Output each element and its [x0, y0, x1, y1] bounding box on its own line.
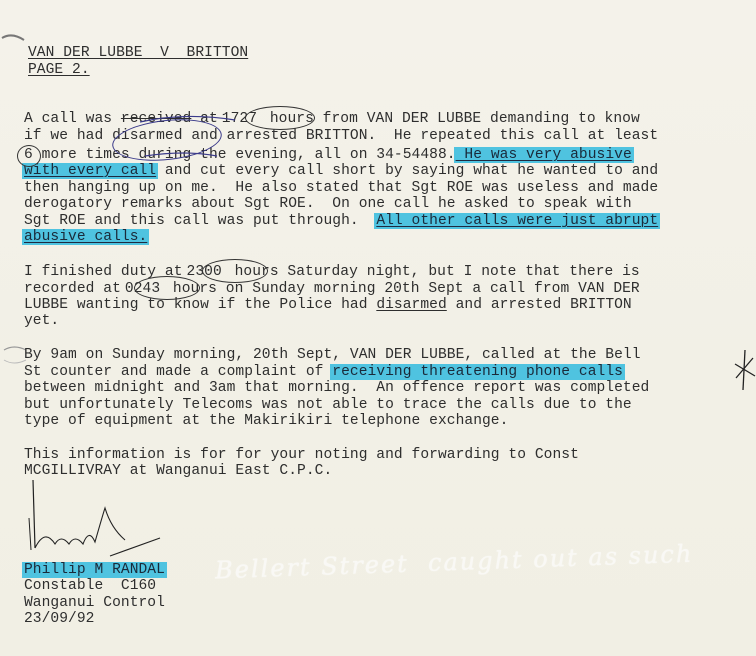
highlight-abusive-calls: abusive calls.: [22, 229, 149, 245]
case-title: VAN DER LUBBE V BRITTON: [28, 45, 248, 62]
para4-line1: This information is for for your noting …: [24, 447, 579, 464]
para1-line1: A call was received at1727 hours from VA…: [24, 111, 640, 128]
signature-station: Wanganui Control: [24, 595, 165, 612]
underlined-word-disarmed: disarmed: [376, 297, 446, 313]
highlight-abrupt-calls: All other calls were just abrupt: [374, 213, 660, 229]
circled-count-6: 6: [24, 147, 33, 163]
para3-line2: St counter and made a complaint of recei…: [24, 364, 623, 381]
text: A call was: [24, 111, 121, 127]
para4-line2: MCGILLIVRAY at Wanganui East C.P.C.: [24, 463, 332, 480]
para2-line1: I finished duty at2300 hours Saturday ni…: [24, 264, 640, 281]
para1-line5: then hanging up on me. He also stated th…: [24, 180, 658, 197]
margin-asterisk-mark: [733, 348, 756, 392]
handwritten-signature: [15, 478, 165, 558]
para1-line8: abusive calls.: [24, 229, 147, 246]
para3-line4: but unfortunately Telecoms was not able …: [24, 397, 632, 414]
circled-time-2300: 2300: [183, 264, 226, 280]
faint-handwritten-note: Bellert Street caught out as such: [215, 540, 694, 585]
text: LUBBE wanting to know if the Police had: [24, 297, 376, 313]
text: if we had: [24, 128, 112, 144]
text: I finished duty at: [24, 264, 183, 280]
para2-line3: LUBBE wanting to know if the Police had …: [24, 297, 632, 314]
page-label: PAGE 2.: [28, 62, 90, 79]
highlight-threatening-calls: receiving threatening phone calls: [330, 364, 625, 380]
para3-line5: type of equipment at the Makirikiri tele…: [24, 413, 508, 430]
highlight-very-abusive: He was very abusive: [454, 147, 634, 163]
text: and arrested BRITTON: [447, 297, 632, 313]
text: and arrested BRITTON. He repeated this c…: [183, 128, 659, 144]
para1-line6: derogatory remarks about Sgt ROE. On one…: [24, 196, 632, 213]
circled-time-0243: 0243: [121, 281, 164, 297]
hole-punch-mark-top: [0, 30, 30, 50]
paper-page: VAN DER LUBBE V BRITTON PAGE 2. A call w…: [0, 0, 756, 656]
signature-name: Phillip M RANDAL: [24, 562, 165, 579]
text: recorded at: [24, 281, 121, 297]
para2-line2: recorded at0243 hours on Sunday morning …: [24, 281, 640, 298]
highlight-every-call: with every call: [22, 163, 158, 179]
para1-line7: Sgt ROE and this call was put through. A…: [24, 213, 658, 230]
para3-line3: between midnight and 3am that morning. A…: [24, 380, 649, 397]
struck-word-received: received: [121, 111, 191, 127]
para1-line4: with every call and cut every call short…: [24, 163, 658, 180]
text: St counter and made a complaint of: [24, 364, 332, 380]
para3-line1: By 9am on Sunday morning, 20th Sept, VAN…: [24, 347, 641, 364]
circled-word-disarmed: disarmed: [112, 128, 182, 144]
circled-time-1727: 1727: [218, 111, 261, 127]
text: at: [191, 111, 217, 127]
para2-line4: yet.: [24, 313, 59, 330]
text: more times during the evening, all on 34…: [33, 147, 456, 163]
highlight-officer-name: Phillip M RANDAL: [22, 562, 167, 578]
para1-line3: 6 more times during the evening, all on …: [24, 147, 632, 164]
text: hours on Sunday morning 20th Sept a call…: [164, 281, 640, 297]
text: and cut every call short by saying what …: [156, 163, 658, 179]
para1-line2: if we had disarmed and arrested BRITTON.…: [24, 128, 658, 145]
text: Sgt ROE and this call was put through.: [24, 213, 376, 229]
signature-rank: Constable C160: [24, 578, 156, 595]
text: hours Saturday night, but I note that th…: [226, 264, 640, 280]
signature-date: 23/09/92: [24, 611, 94, 628]
text: hours from VAN DER LUBBE demanding to kn…: [261, 111, 640, 127]
